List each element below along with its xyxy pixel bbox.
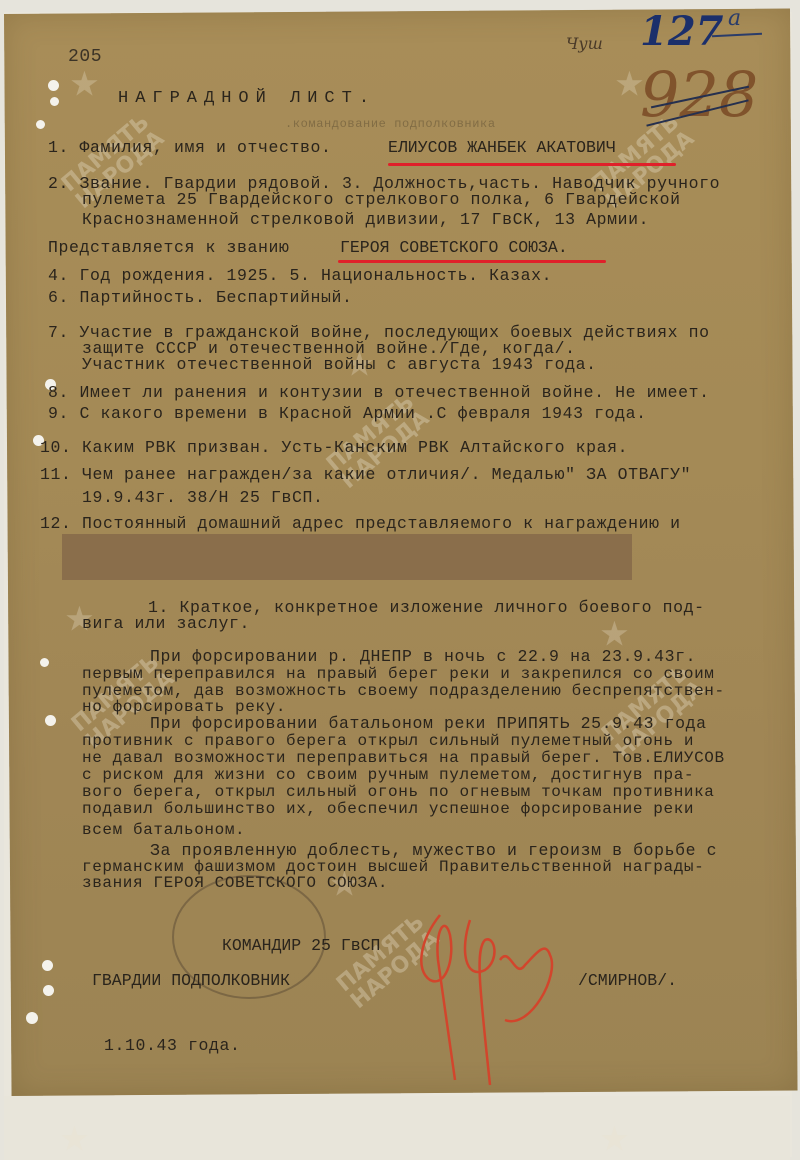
red-underline	[388, 163, 676, 166]
field-address: 12. Постоянный домашний адрес представля…	[40, 516, 681, 533]
field-prior-awards-cont: 19.9.43г. 38/Н 25 ГвСП.	[82, 490, 324, 507]
red-underline	[338, 260, 606, 263]
punch-hole	[26, 1012, 38, 1024]
punch-hole	[42, 960, 53, 971]
punch-hole	[36, 120, 45, 129]
field-position-cont: Краснознаменной стрелковой дивизии, 17 Г…	[82, 212, 649, 229]
document-date: 1.10.43 года.	[104, 1038, 241, 1055]
commander-rank: ГВАРДИИ ПОДПОЛКОВНИК	[92, 973, 290, 990]
field-participation-cont: Участник отечественной войны с августа 1…	[82, 357, 597, 374]
section-heading-cont: вига или заслуг.	[82, 616, 250, 633]
field-service-since: 9. С какого времени в Красной Армии .С ф…	[48, 406, 647, 423]
handwritten-brown-number: 928	[640, 58, 758, 131]
faint-subtitle: .командование подполковника	[285, 118, 496, 130]
document-title: НАГРАДНОЙ ЛИСТ.	[118, 90, 376, 107]
field-party: 6. Партийность. Беспартийный.	[48, 290, 353, 307]
body-text: противник с правого берега открыл сильны…	[82, 733, 694, 749]
handwritten-blue-suffix: а	[728, 6, 741, 31]
body-text: пулеметом, дав возможность своему подраз…	[82, 683, 725, 699]
body-text: но форсировать реку.	[82, 699, 286, 715]
body-text: При форсировании р. ДНЕПР в ночь с 22.9 …	[150, 649, 696, 666]
handwritten-blue-number: 127	[640, 8, 724, 55]
underlying-page	[4, 1096, 790, 1160]
body-text: первым переправился на правый берег реки…	[82, 666, 715, 682]
body-text: вого берега, открыл сильный огонь по огн…	[82, 784, 715, 800]
field-name-value: ЕЛИУСОВ ЖАНБЕК АКАТОВИЧ	[388, 140, 616, 157]
body-text: с риском для жизни со своим ручным пулем…	[82, 767, 694, 783]
body-text: не давал возможности переправиться на пр…	[82, 750, 725, 766]
punch-hole	[45, 715, 56, 726]
field-position-cont: пулемета 25 Гвардейского стрелкового пол…	[82, 192, 681, 209]
red-pencil-signature	[400, 900, 580, 1090]
present-label: Представляется к званию	[48, 240, 290, 257]
body-text: германским фашизмом достоин высшей Прави…	[82, 859, 704, 875]
redacted-address	[62, 534, 632, 580]
field-prior-awards: 11. Чем ранее награжден/за какие отличия…	[40, 467, 691, 484]
body-text: подавил большинство их, обеспечил успешн…	[82, 801, 694, 817]
field-name-label: 1. Фамилия, имя и отчество.	[48, 140, 332, 157]
field-birth-nationality: 4. Год рождения. 1925. 5. Национальность…	[48, 268, 552, 285]
body-text: При форсировании батальоном реки ПРИПЯТЬ…	[150, 716, 707, 733]
commander-title: КОМАНДИР 25 ГвСП	[222, 938, 380, 955]
punch-hole	[40, 658, 49, 667]
handwritten-note: Чуш	[566, 34, 603, 53]
present-value: ГЕРОЯ СОВЕТСКОГО СОЮЗА.	[340, 240, 568, 257]
archive-page-number: 205	[68, 48, 102, 66]
punch-hole	[50, 97, 59, 106]
field-conscription: 10. Каким РВК призван. Усть-Канским РВК …	[40, 440, 628, 457]
punch-hole	[43, 985, 54, 996]
punch-hole	[48, 80, 59, 91]
body-text: всем батальоном.	[82, 822, 245, 838]
commander-name: /СМИРНОВ/.	[578, 973, 677, 990]
field-wounds: 8. Имеет ли ранения и контузии в отечест…	[48, 385, 710, 402]
